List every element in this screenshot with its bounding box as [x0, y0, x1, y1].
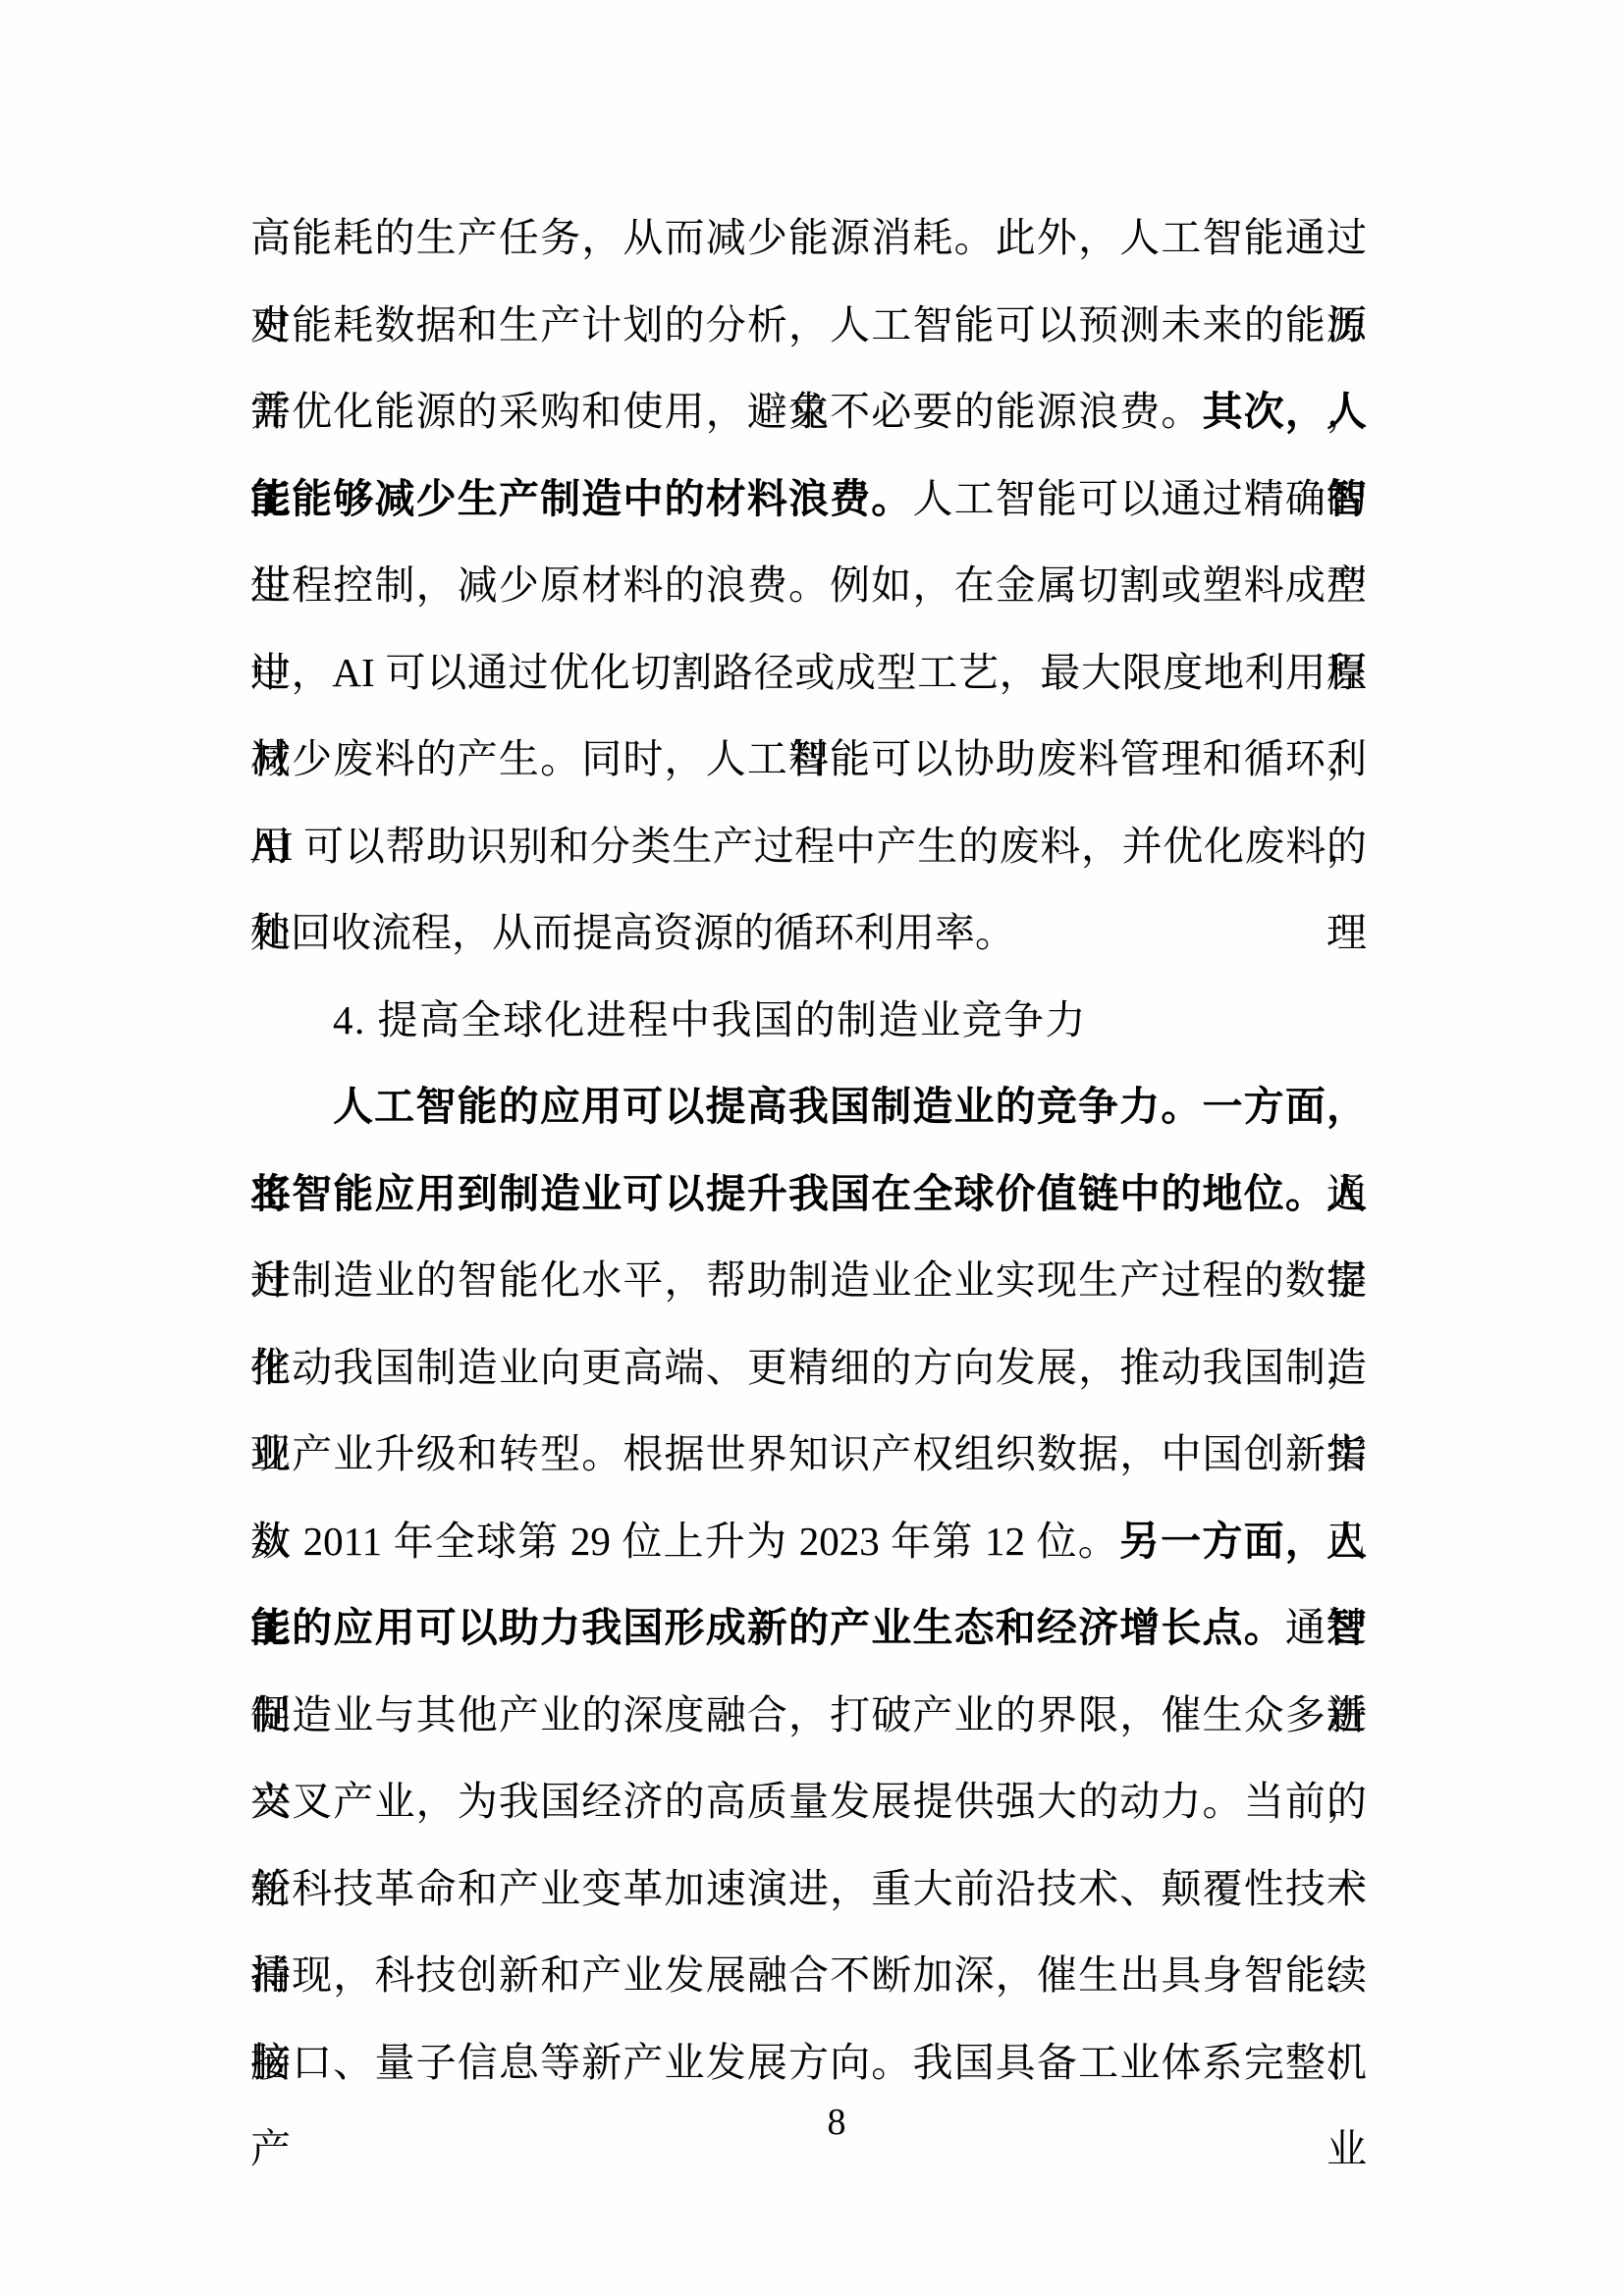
text-line: 中，AI 可以通过优化切割路径或成型工艺，最大限度地利用原材料， [250, 629, 1367, 717]
text-line: 过程控制，减少原材料的浪费。例如，在金属切割或塑料成型过程 [250, 542, 1367, 629]
bold-text-run: 能的应用可以助力我国形成新的产业生态和经济增长点。 [250, 1605, 1285, 1650]
bold-text-run: 能能够减少生产制造中的材料浪费。 [250, 476, 912, 521]
text-line: 能能够减少生产制造中的材料浪费。人工智能可以通过精确的生产 [250, 455, 1367, 543]
text-line: 减少废料的产生。同时，人工智能可以协助废料管理和循环利用， [250, 716, 1367, 803]
text-run: 从 2011 年全球第 29 位上升为 2023 年第 12 位。 [250, 1519, 1119, 1564]
text-run: 4. 提高全球化进程中我国的制造业竞争力 [333, 997, 1087, 1042]
text-run: 并优化能源的采购和使用，避免不必要的能源浪费。 [250, 389, 1203, 434]
text-line: 高能耗的生产任务，从而减少能源消耗。此外，人工智能通过对历 [250, 194, 1367, 282]
document-page: 高能耗的生产任务，从而减少能源消耗。此外，人工智能通过对历史能耗数据和生产计划的… [0, 0, 1624, 2296]
text-line: 能的应用可以助力我国形成新的产业生态和经济增长点。通过促进 [250, 1584, 1367, 1672]
page-number: 8 [828, 2104, 846, 2141]
text-line: 人工智能的应用可以提高我国制造业的竞争力。一方面，将人 [250, 1063, 1367, 1150]
text-column: 高能耗的生产任务，从而减少能源消耗。此外，人工智能通过对历史能耗数据和生产计划的… [250, 194, 1367, 2106]
text-line: 升制造业的智能化水平，帮助制造业企业实现生产过程的数字化， [250, 1237, 1367, 1324]
text-line: 涌现，科技创新和产业发展融合不断加深，催生出具身智能、脑机 [250, 1932, 1367, 2019]
text-line: 轮科技革命和产业变革加速演进，重大前沿技术、颠覆性技术持续 [250, 1845, 1367, 1933]
text-run: 接口、量子信息等新产业发展方向。我国具备工业体系完整、产业 [250, 2040, 1367, 2172]
section-heading: 4. 提高全球化进程中我国的制造业竞争力 [250, 977, 1367, 1064]
text-line: 从 2011 年全球第 29 位上升为 2023 年第 12 位。另一方面，人工… [250, 1498, 1367, 1585]
text-line: 并优化能源的采购和使用，避免不必要的能源浪费。其次，人工智 [250, 368, 1367, 455]
text-line: 现产业升级和转型。根据世界知识产权组织数据，中国创新指数已 [250, 1411, 1367, 1498]
text-line: 工智能应用到制造业可以提升我国在全球价值链中的地位。通过提 [250, 1150, 1367, 1238]
text-line: 制造业与其他产业的深度融合，打破产业的界限，催生众多新兴的 [250, 1672, 1367, 1759]
bold-text-run: 工智能应用到制造业可以提升我国在全球价值链中的地位。 [250, 1171, 1326, 1216]
text-run: 和回收流程，从而提高资源的循环利用率。 [250, 910, 1015, 955]
text-line: 史能耗数据和生产计划的分析，人工智能可以预测未来的能源需求， [250, 282, 1367, 369]
text-line: 推动我国制造业向更高端、更精细的方向发展，推动我国制造业实 [250, 1324, 1367, 1412]
text-line: 接口、量子信息等新产业发展方向。我国具备工业体系完整、产业 [250, 2019, 1367, 2107]
text-line: 交叉产业，为我国经济的高质量发展提供强大的动力。当前，新一 [250, 1758, 1367, 1845]
text-line: AI 可以帮助识别和分类生产过程中产生的废料，并优化废料的处理 [250, 803, 1367, 890]
